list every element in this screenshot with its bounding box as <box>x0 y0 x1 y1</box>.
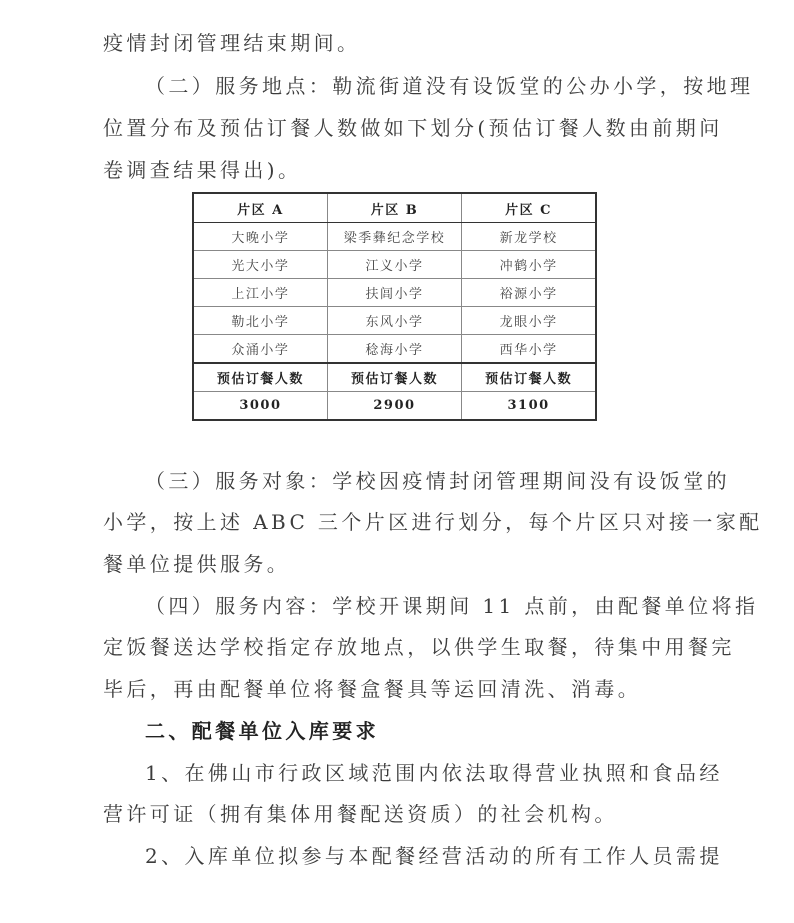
summary-label: 预估订餐人数 <box>327 363 461 392</box>
table-cell: 江义小学 <box>327 251 461 279</box>
table-row: 大晚小学 梁季彝纪念学校 新龙学校 <box>193 223 596 251</box>
paragraph-line: 毕后，再由配餐单位将餐盒餐具等运回清洗、消毒。 <box>103 674 693 704</box>
table-cell: 裕源小学 <box>462 279 596 307</box>
paragraph-line: 定饭餐送达学校指定存放地点，以供学生取餐，待集中用餐完 <box>103 632 693 662</box>
summary-label: 预估订餐人数 <box>462 363 596 392</box>
table-summary-label-row: 预估订餐人数 预估订餐人数 预估订餐人数 <box>193 363 596 392</box>
table-cell: 大晚小学 <box>193 223 327 251</box>
table-summary-value-row: 3000 2900 3100 <box>193 392 596 421</box>
paragraph-line: （四）服务内容：学校开课期间 11 点前，由配餐单位将指 <box>145 591 693 621</box>
table-cell: 扶闾小学 <box>327 279 461 307</box>
summary-value: 2900 <box>327 392 461 421</box>
table-row: 上江小学 扶闾小学 裕源小学 <box>193 279 596 307</box>
table-header: 片区 C <box>462 193 596 223</box>
paragraph-line: 卷调查结果得出)。 <box>103 155 693 185</box>
table-header: 片区 A <box>193 193 327 223</box>
table-cell: 众涌小学 <box>193 335 327 364</box>
table-cell: 西华小学 <box>462 335 596 364</box>
table-cell: 龙眼小学 <box>462 307 596 335</box>
table-cell: 光大小学 <box>193 251 327 279</box>
summary-label: 预估订餐人数 <box>193 363 327 392</box>
summary-value: 3100 <box>462 392 596 421</box>
table-header: 片区 B <box>327 193 461 223</box>
table-header-row: 片区 A 片区 B 片区 C <box>193 193 596 223</box>
paragraph-line: （二）服务地点：勒流街道没有设饭堂的公办小学，按地理 <box>145 71 693 101</box>
paragraph-line: 小学，按上述 ABC 三个片区进行划分，每个片区只对接一家配 <box>103 507 693 537</box>
table-cell: 冲鹤小学 <box>462 251 596 279</box>
paragraph-line: 餐单位提供服务。 <box>103 549 693 579</box>
summary-value: 3000 <box>193 392 327 421</box>
paragraph-line: 营许可证（拥有集体用餐配送资质）的社会机构。 <box>103 799 693 829</box>
table-cell: 新龙学校 <box>462 223 596 251</box>
table-cell: 梁季彝纪念学校 <box>327 223 461 251</box>
paragraph-line: 疫情封闭管理结束期间。 <box>103 28 693 58</box>
table-row: 众涌小学 稔海小学 西华小学 <box>193 335 596 364</box>
section-heading: 二、配餐单位入库要求 <box>145 716 693 746</box>
paragraph-line: （三）服务对象：学校因疫情封闭管理期间没有设饭堂的 <box>145 466 693 496</box>
zone-table: 片区 A 片区 B 片区 C 大晚小学 梁季彝纪念学校 新龙学校 光大小学 江义… <box>192 192 597 421</box>
table-cell: 勒北小学 <box>193 307 327 335</box>
paragraph-line: 位置分布及预估订餐人数做如下划分(预估订餐人数由前期问 <box>103 113 693 143</box>
paragraph-line: 1、在佛山市行政区域范围内依法取得营业执照和食品经 <box>145 758 693 788</box>
table-cell: 东风小学 <box>327 307 461 335</box>
table-cell: 稔海小学 <box>327 335 461 364</box>
table-row: 光大小学 江义小学 冲鹤小学 <box>193 251 596 279</box>
table-cell: 上江小学 <box>193 279 327 307</box>
paragraph-line: 2、入库单位拟参与本配餐经营活动的所有工作人员需提 <box>145 841 693 871</box>
table-row: 勒北小学 东风小学 龙眼小学 <box>193 307 596 335</box>
